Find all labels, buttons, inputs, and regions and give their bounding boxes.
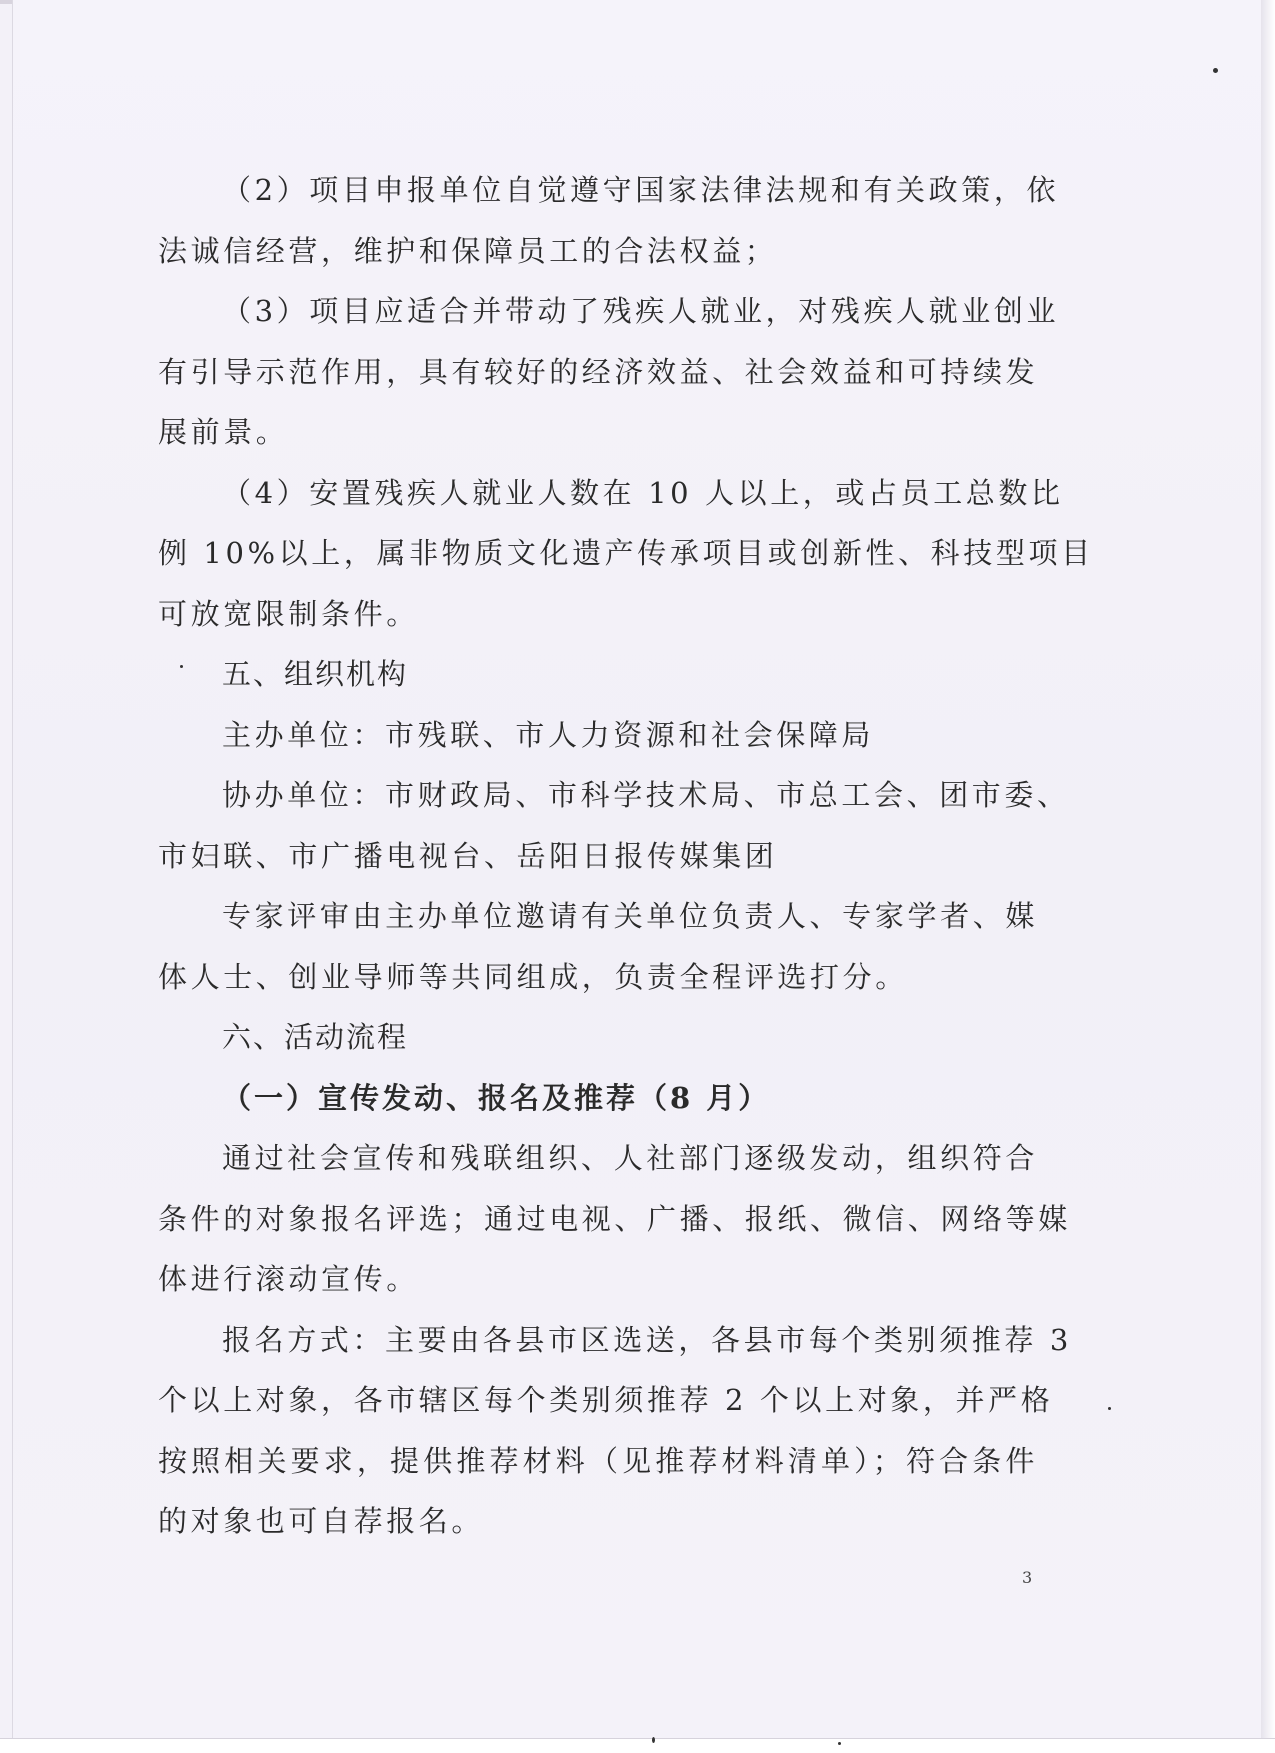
scan-speck bbox=[1213, 68, 1218, 73]
section-heading-process: 六、活动流程 bbox=[158, 1007, 1038, 1068]
paragraph-line: 可放宽限制条件。 bbox=[158, 584, 1038, 645]
paragraph-line: 通过社会宣传和残联组织、人社部门逐级发动，组织符合 bbox=[158, 1128, 1038, 1189]
paragraph-line: 例 10%以上，属非物质文化遗产传承项目或创新性、科技型项目 bbox=[158, 523, 1038, 584]
paragraph-line: （4）安置残疾人就业人数在 10 人以上，或占员工总数比 bbox=[158, 463, 1038, 524]
paragraph-line: 市妇联、市广播电视台、岳阳日报传媒集团 bbox=[158, 826, 1038, 887]
paragraph-line: 有引导示范作用，具有较好的经济效益、社会效益和可持续发 bbox=[158, 342, 1038, 403]
paragraph-line: 展前景。 bbox=[158, 402, 1038, 463]
scan-speck bbox=[652, 1737, 655, 1743]
paragraph-line: （2）项目申报单位自觉遵守国家法律法规和有关政策，依 bbox=[158, 160, 1038, 221]
section-heading-organization: 五、组织机构 bbox=[158, 644, 1038, 705]
paragraph-line: 协办单位：市财政局、市科学技术局、市总工会、团市委、 bbox=[158, 765, 1038, 826]
paragraph-line: 体人士、创业导师等共同组成，负责全程评选打分。 bbox=[158, 947, 1038, 1008]
page-number: 3 bbox=[1022, 1568, 1032, 1587]
scan-bottom-edge bbox=[0, 1738, 1275, 1753]
paragraph-line: 主办单位：市残联、市人力资源和社会保障局 bbox=[158, 705, 1038, 766]
paragraph-line: 体进行滚动宣传。 bbox=[158, 1249, 1038, 1310]
paragraph-line: 条件的对象报名评选；通过电视、广播、报纸、微信、网络等媒 bbox=[158, 1189, 1038, 1250]
paragraph-line: 报名方式：主要由各县市区选送，各县市每个类别须推荐 3 bbox=[158, 1310, 1038, 1371]
scan-speck bbox=[180, 665, 183, 668]
subsection-heading-publicity: （一）宣传发动、报名及推荐（8 月） bbox=[158, 1068, 1038, 1129]
paragraph-line: 按照相关要求，提供推荐材料（见推荐材料清单）；符合条件 bbox=[158, 1431, 1038, 1492]
paragraph-line: 法诚信经营，维护和保障员工的合法权益； bbox=[158, 221, 1038, 282]
scan-right-edge bbox=[1261, 0, 1275, 1753]
document-body: （2）项目申报单位自觉遵守国家法律法规和有关政策，依 法诚信经营，维护和保障员工… bbox=[158, 160, 1038, 1552]
scan-speck bbox=[838, 1742, 841, 1745]
paragraph-line: 专家评审由主办单位邀请有关单位负责人、专家学者、媒 bbox=[158, 886, 1038, 947]
scan-speck bbox=[1108, 1407, 1111, 1410]
paragraph-line: 个以上对象，各市辖区每个类别须推荐 2 个以上对象，并严格 bbox=[158, 1370, 1038, 1431]
paragraph-line: （3）项目应适合并带动了残疾人就业，对残疾人就业创业 bbox=[158, 281, 1038, 342]
paragraph-line: 的对象也可自荐报名。 bbox=[158, 1491, 1038, 1552]
